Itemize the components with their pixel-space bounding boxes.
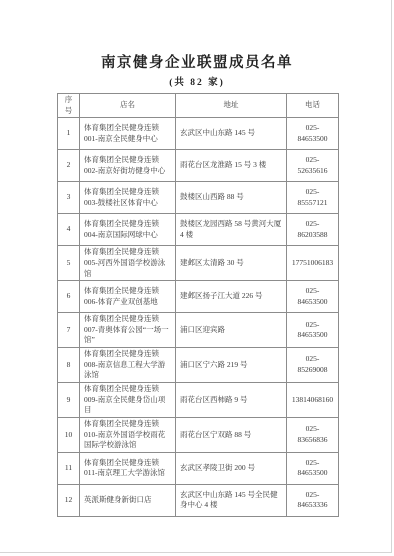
row-index-cell: 12 — [58, 484, 80, 516]
table-row: 5 体育集团全民健身连锁 005-河西外国语学校游泳馆 建邺区太清路 30 号 … — [58, 246, 339, 281]
row-name-cell: 体育集团全民健身连锁 011-南京理工大学游泳馆 — [80, 452, 176, 484]
row-phone-cell: 025-84653500 — [287, 313, 339, 348]
header-cell-phone: 电话 — [287, 94, 339, 118]
row-address-cell: 雨花台区龙淮路 15 号 3 楼 — [176, 150, 287, 182]
row-address-cell: 建邺区太清路 30 号 — [176, 246, 287, 281]
page-subtitle: (共 82 家) — [0, 74, 394, 88]
member-table-header: 序号 店名 地址 电话 — [58, 94, 339, 118]
row-address-cell: 雨花台区西柿路 9 号 — [176, 383, 287, 418]
row-index-cell: 3 — [58, 182, 80, 214]
row-phone-cell: 025-83656836 — [287, 417, 339, 452]
row-index-cell: 6 — [58, 281, 80, 313]
table-row: 9 体育集团全民健身连锁 009-南京全民健身岱山项目 雨花台区西柿路 9 号 … — [58, 383, 339, 418]
row-address-cell: 玄武区孝陵卫街 200 号 — [176, 452, 287, 484]
row-name-cell: 体育集团全民健身连锁 010-南京外国语学校雨花国际学校游泳馆 — [80, 417, 176, 452]
row-name-cell: 体育集团全民健身连锁 004-南京国际网球中心 — [80, 214, 176, 246]
row-name-cell: 体育集团全民健身连锁 002-南京好街坊健身中心 — [80, 150, 176, 182]
row-address-cell: 建邺区扬子江大道 226 号 — [176, 281, 287, 313]
row-name-cell: 体育集团全民健身连锁 009-南京全民健身岱山项目 — [80, 383, 176, 418]
table-row: 1 体育集团全民健身连锁 001-南京全民健身中心 玄武区中山东路 145 号 … — [58, 118, 339, 150]
member-table-body: 1 体育集团全民健身连锁 001-南京全民健身中心 玄武区中山东路 145 号 … — [58, 118, 339, 517]
table-row: 7 体育集团全民健身连锁 007-青奥体育公园“一场一馆” 浦口区迎宾路 025… — [58, 313, 339, 348]
header-cell-address: 地址 — [176, 94, 287, 118]
row-phone-cell: 13814068160 — [287, 383, 339, 418]
row-index-cell: 8 — [58, 348, 80, 383]
row-phone-cell: 025-86203588 — [287, 214, 339, 246]
row-index-cell: 11 — [58, 452, 80, 484]
row-name-cell: 体育集团全民健身连锁 001-南京全民健身中心 — [80, 118, 176, 150]
row-name-cell: 体育集团全民健身连锁 005-河西外国语学校游泳馆 — [80, 246, 176, 281]
row-phone-cell: 025-84653500 — [287, 281, 339, 313]
page-title: 南京健身企业联盟成员名单 — [0, 51, 394, 72]
row-address-cell: 浦口区宁六路 219 号 — [176, 348, 287, 383]
row-address-cell: 浦口区迎宾路 — [176, 313, 287, 348]
table-row: 6 体育集团全民健身连锁 006-体育产业双创基地 建邺区扬子江大道 226 号… — [58, 281, 339, 313]
header-row: 序号 店名 地址 电话 — [58, 94, 339, 118]
row-address-cell: 玄武区中山东路 145 号全民健身中心 4 楼 — [176, 484, 287, 516]
row-index-cell: 1 — [58, 118, 80, 150]
member-table: 序号 店名 地址 电话 1 体育集团全民健身连锁 001-南京全民健身中心 玄武… — [57, 93, 339, 517]
row-address-cell: 雨花台区宁双路 88 号 — [176, 417, 287, 452]
header-cell-name: 店名 — [80, 94, 176, 118]
row-phone-cell: 025-52635616 — [287, 150, 339, 182]
row-phone-cell: 025-85269008 — [287, 348, 339, 383]
table-row: 11 体育集团全民健身连锁 011-南京理工大学游泳馆 玄武区孝陵卫街 200 … — [58, 452, 339, 484]
row-name-cell: 体育集团全民健身连锁 007-青奥体育公园“一场一馆” — [80, 313, 176, 348]
row-address-cell: 鼓楼区龙园西路 58 号黄河大厦 4 楼 — [176, 214, 287, 246]
row-phone-cell: 025-85557121 — [287, 182, 339, 214]
row-index-cell: 4 — [58, 214, 80, 246]
row-index-cell: 5 — [58, 246, 80, 281]
table-row: 12 英派斯健身新街口店 玄武区中山东路 145 号全民健身中心 4 楼 025… — [58, 484, 339, 516]
row-phone-cell: 025-84653336 — [287, 484, 339, 516]
row-phone-cell: 17751006183 — [287, 246, 339, 281]
row-index-cell: 7 — [58, 313, 80, 348]
table-row: 2 体育集团全民健身连锁 002-南京好街坊健身中心 雨花台区龙淮路 15 号 … — [58, 150, 339, 182]
row-address-cell: 玄武区中山东路 145 号 — [176, 118, 287, 150]
row-name-cell: 体育集团全民健身连锁 006-体育产业双创基地 — [80, 281, 176, 313]
row-name-cell: 体育集团全民健身连锁 003-鼓楼社区体育中心 — [80, 182, 176, 214]
row-index-cell: 10 — [58, 417, 80, 452]
table-row: 3 体育集团全民健身连锁 003-鼓楼社区体育中心 鼓楼区山西路 88 号 02… — [58, 182, 339, 214]
header-cell-index: 序号 — [58, 94, 80, 118]
table-row: 10 体育集团全民健身连锁 010-南京外国语学校雨花国际学校游泳馆 雨花台区宁… — [58, 417, 339, 452]
table-row: 4 体育集团全民健身连锁 004-南京国际网球中心 鼓楼区龙园西路 58 号黄河… — [58, 214, 339, 246]
table-row: 8 体育集团全民健身连锁 008-南京信息工程大学游泳馆 浦口区宁六路 219 … — [58, 348, 339, 383]
row-address-cell: 鼓楼区山西路 88 号 — [176, 182, 287, 214]
row-index-cell: 2 — [58, 150, 80, 182]
row-name-cell: 体育集团全民健身连锁 008-南京信息工程大学游泳馆 — [80, 348, 176, 383]
row-index-cell: 9 — [58, 383, 80, 418]
row-name-cell: 英派斯健身新街口店 — [80, 484, 176, 516]
row-phone-cell: 025-84653500 — [287, 452, 339, 484]
row-phone-cell: 025-84653500 — [287, 118, 339, 150]
